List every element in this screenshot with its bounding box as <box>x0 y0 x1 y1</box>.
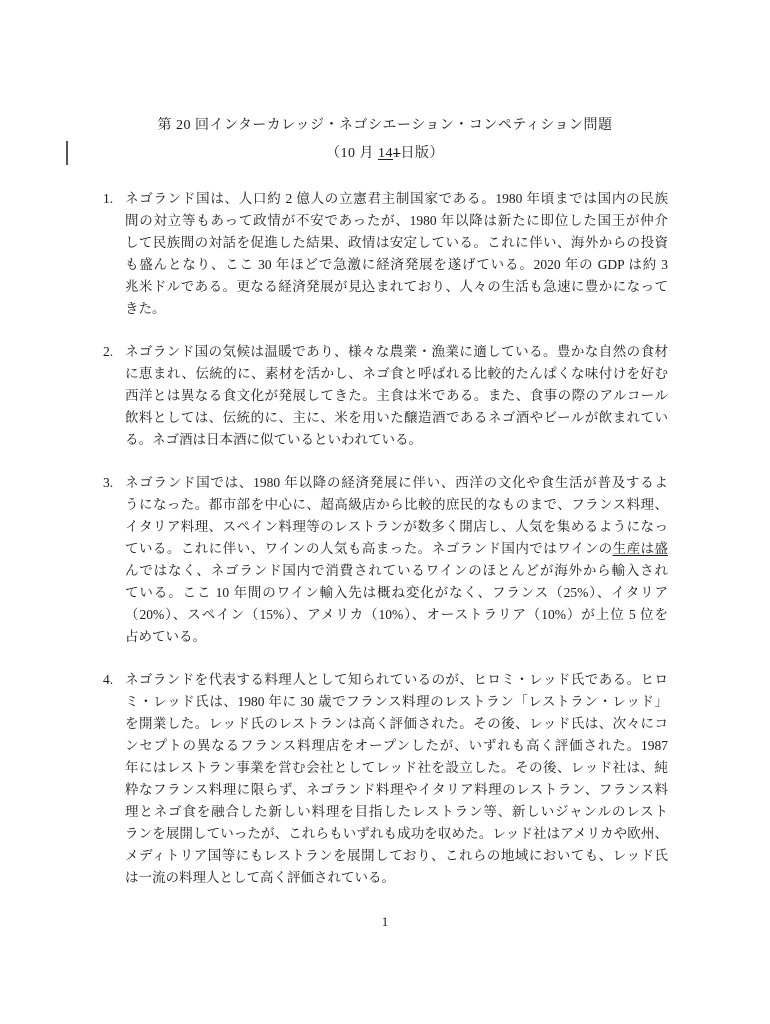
text-line: 年にはレストラン事業を営む会社としてレッド社を設立した。その後、レッド社は、純 <box>125 757 668 779</box>
document-body: 第 20 回インターカレッジ・ネゴシエーション・コンペティション問題 （10 月… <box>0 0 770 889</box>
subtitle-suffix: 日版） <box>401 146 445 161</box>
text-line: ている。これに伴い、ワインの人気も高まった。ネゴランド国内ではワインの生産は盛 <box>125 538 668 560</box>
text-line: も盛んとなり、ここ 30 年ほどで急激に経済発展を遂げている。2020 年の G… <box>125 254 668 276</box>
paragraph-1: 1. ネゴランド国は、人口約 2 億人の立憲君主制国家である。1980 年頃まで… <box>103 188 668 320</box>
text-line: んではなく、ネゴランド国内で消費されているワインのほとんどが海外から輸入され <box>125 560 668 582</box>
text-line: （20%）、スペイン（15%）、アメリカ（10%）、オーストラリア（10%）が上… <box>125 604 668 626</box>
document-page: { "title": { "line1": "第 20 回インターカレッジ・ネゴ… <box>0 0 770 1024</box>
paragraph-number: 3. <box>103 472 125 648</box>
text-line: を開業した。レッド氏のレストランは高く評価された。その後、レッド氏は、次々にコ <box>125 713 668 735</box>
text-line: して民族間の対話を促進した結果、政情は安定している。これに伴い、海外からの投資 <box>125 232 668 254</box>
text-line: きた。 <box>125 298 668 320</box>
paragraph-number: 4. <box>103 669 125 889</box>
text-line: ネゴランド国の気候は温暖であり、様々な農業・漁業に適している。豊かな自然の食材 <box>125 341 668 363</box>
text-line: 占めている。 <box>125 626 668 648</box>
text-line: 粋なフランス料理に限らず、ネゴランド料理やイタリア料理のレストラン、フランス料 <box>125 779 668 801</box>
text-line: 理とネゴ食を融合した新しい料理を目指したレストラン等、新しいジャンルのレスト <box>125 801 668 823</box>
text-line: ミ・レッド氏は、1980 年に 30 歳でフランス料理のレストラン「レストラン・… <box>125 691 668 713</box>
text-line: うになった。都市部を中心に、超高級店から比較的庶民的なものまで、フランス料理、 <box>125 494 668 516</box>
text-line: ネゴランドを代表する料理人として知られているのが、ヒロミ・レッド氏である。ヒロ <box>125 669 668 691</box>
paragraph-text: ネゴランド国の気候は温暖であり、様々な農業・漁業に適している。豊かな自然の食材 … <box>125 341 668 451</box>
deleted-text: 1 <box>393 146 401 161</box>
text-line: メディトリア国等にもレストランを展開しており、これらの地域においても、レッド氏 <box>125 845 668 867</box>
subtitle-prefix: （10 月 <box>326 146 378 161</box>
text-line: る。ネゴ酒は日本酒に似ているといわれている。 <box>125 429 668 451</box>
paragraph-2: 2. ネゴランド国の気候は温暖であり、様々な農業・漁業に適している。豊かな自然の… <box>103 341 668 451</box>
text-line: 飲料としては、伝統的に、主に、米を用いた醸造酒であるネゴ酒やビールが飲まれてい <box>125 407 668 429</box>
text-line: ている。ここ 10 年間のワイン輸入先は概ね変化がなく、フランス（25%）、イタ… <box>125 582 668 604</box>
text-line: ランを展開していったが、これらもいずれも成功を収めた。レッド社はアメリカや欧州、 <box>125 823 668 845</box>
text-line: イタリア料理、スペイン料理等のレストランが数多く開店し、人気を集めるようになっ <box>125 516 668 538</box>
text-line: に恵まれ、伝統的に、素材を活かし、ネゴ食と呼ばれる比較的たんぱくな味付けを好む <box>125 363 668 385</box>
text-line: ネゴランド国は、人口約 2 億人の立憲君主制国家である。1980 年頃までは国内… <box>125 188 668 210</box>
inserted-text: 14 <box>378 146 393 161</box>
paragraph-number: 2. <box>103 341 125 451</box>
paragraph-text: ネゴランド国では、1980 年以降の経済発展に伴い、西洋の文化や食生活が普及する… <box>125 472 668 648</box>
underlined-text: 生産は盛 <box>613 541 668 556</box>
paragraph-number: 1. <box>103 188 125 320</box>
text-line: 間の対立等もあって政情が不安であったが、1980 年以降は新たに即位した国王が仲… <box>125 210 668 232</box>
revision-change-bar <box>66 141 68 165</box>
page-number: 1 <box>0 914 770 930</box>
text-line: 西洋とは異なる食文化が発展してきた。主食は米である。また、食事の際のアルコール <box>125 385 668 407</box>
text-line: は一流の料理人として高く評価されている。 <box>125 867 668 889</box>
title-block: 第 20 回インターカレッジ・ネゴシエーション・コンペティション問題 （10 月… <box>0 112 770 168</box>
text-segment: ている。これに伴い、ワインの人気も高まった。ネゴランド国内ではワインの <box>125 541 613 556</box>
document-subtitle: （10 月 141日版） <box>0 140 770 168</box>
text-line: ンセプトの異なるフランス料理店をオープンしたが、いずれも高く評価された。1987 <box>125 735 668 757</box>
paragraph-4: 4. ネゴランドを代表する料理人として知られているのが、ヒロミ・レッド氏である。… <box>103 669 668 889</box>
content-block: 1. ネゴランド国は、人口約 2 億人の立憲君主制国家である。1980 年頃まで… <box>103 188 668 889</box>
paragraph-text: ネゴランドを代表する料理人として知られているのが、ヒロミ・レッド氏である。ヒロ … <box>125 669 668 889</box>
text-line: ネゴランド国では、1980 年以降の経済発展に伴い、西洋の文化や食生活が普及する… <box>125 472 668 494</box>
paragraph-text: ネゴランド国は、人口約 2 億人の立憲君主制国家である。1980 年頃までは国内… <box>125 188 668 320</box>
text-line: 兆米ドルである。更なる経済発展が見込まれており、人々の生活も急速に豊かになって <box>125 276 668 298</box>
document-title: 第 20 回インターカレッジ・ネゴシエーション・コンペティション問題 <box>0 112 770 140</box>
paragraph-3: 3. ネゴランド国では、1980 年以降の経済発展に伴い、西洋の文化や食生活が普… <box>103 472 668 648</box>
